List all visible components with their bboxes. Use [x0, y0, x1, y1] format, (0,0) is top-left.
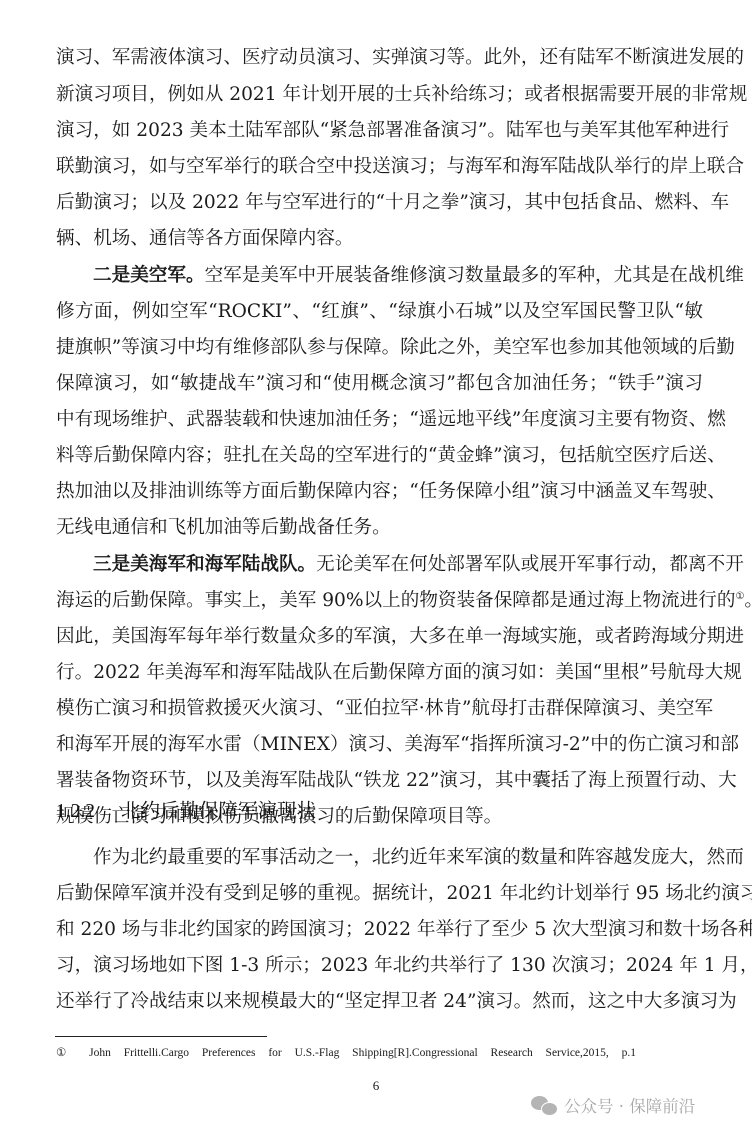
text-line: 演习，如 2023 美本土陆军部队“紧急部署准备演习”。陆军也与美军其他军种进行 [56, 118, 703, 144]
text-line: 热加油以及排油训练等方面后勤保障内容；“任务保障小组”演习中涵盖叉车驾驶、 [56, 479, 703, 505]
text-line: 还举行了冷战结束以来规模最大的“坚定捍卫者 24”演习。然而，这之中大多演习为 [56, 989, 703, 1015]
footnote-text: John Frittelli.Cargo Preferences for U.S… [89, 1047, 636, 1059]
text-line: 和 220 场与非北约国家的跨国演习；2022 年举行了至少 5 次大型演习和数… [56, 917, 703, 943]
text-line: 新演习项目，例如从 2021 年计划开展的士兵补给练习；或者根据需要开展的非常规 [56, 82, 703, 108]
text-line: 联勤演习，如与空军举行的联合空中投送演习；与海军和海军陆战队举行的岸上联合 [56, 154, 703, 180]
watermark: 公众号 · 保障前沿 [530, 1092, 695, 1118]
text-line: 无线电通信和飞机加油等后勤战备任务。 [56, 515, 703, 541]
footnote-marker: ① [56, 1047, 76, 1059]
text-line: 辆、机场、通信等各方面保障内容。 [56, 226, 703, 252]
text-run: 海运的后勤保障。事实上，美军 90%以上的物资装备保障都是通过海上物流进行的 [56, 590, 735, 611]
section-title: 北约后勤保障军演现状 [121, 799, 316, 822]
text-line: 模伤亡演习和损管救援灭火演习、“亚伯拉罕·林肯”航母打击群保障演习、美空军 [56, 696, 703, 722]
footnote-separator [55, 1036, 267, 1037]
text-line: 后勤演习；以及 2022 年与空军进行的“十月之拳”演习，其中包括食品、燃料、车 [56, 190, 703, 216]
text-line: 中有现场维护、武器装载和快速加油任务；“遥远地平线”年度演习主要有物资、燃 [56, 407, 703, 433]
document-page: 演习、军需液体演习、医疗动员演习、实弹演习等。此外，还有陆军不断演进发展的 新演… [0, 0, 752, 1135]
text-line: 和海军开展的海军水雷（MINEX）演习、美海军“指挥所演习-2”中的伤亡演习和部 [56, 732, 703, 758]
text-line: 捷旗帜”等演习中均有维修部队参与保障。除此之外，美空军也参加其他领域的后勤 [56, 335, 703, 361]
text-line: 三是美海军和海军陆战队。无论美军在何处部署军队或展开军事行动，都离不开 [93, 552, 703, 578]
text-line: 后勤保障军演并没有受到足够的重视。据统计，2021 年北约计划举行 95 场北约… [56, 881, 703, 907]
paragraph-lead-bold: 二是美空军。 [93, 265, 205, 286]
text-line: 作为北约最重要的军事活动之一，北约近年来军演的数量和阵容越发庞大，然而 [93, 845, 703, 871]
footnote: ① John Frittelli.Cargo Preferences for U… [56, 1045, 636, 1061]
text-run: 。 [744, 590, 752, 611]
text-line: 海运的后勤保障。事实上，美军 90%以上的物资装备保障都是通过海上物流进行的①。 [56, 588, 703, 614]
text-line: 习，演习场地如下图 1-3 所示；2023 年北约共举行了 130 次演习；20… [56, 953, 703, 979]
text-run: 无论美军在何处部署军队或展开军事行动，都离不开 [316, 554, 744, 575]
text-line: 因此，美国海军每年举行数量众多的军演，大多在单一海域实施，或者跨海域分期进 [56, 624, 703, 650]
text-run: 空军是美军中开展装备维修演习数量最多的军种，尤其是在战机维 [205, 265, 744, 286]
section-number: 1.2.2 [56, 801, 95, 822]
watermark-text: 公众号 · 保障前沿 [564, 1093, 695, 1117]
text-line: 演习、军需液体演习、医疗动员演习、实弹演习等。此外，还有陆军不断演进发展的 [56, 45, 703, 71]
text-line: 修方面，例如空军“ROCKI”、“红旗”、“绿旗小石城”以及空军国民警卫队“敏 [56, 299, 703, 325]
text-line: 二是美空军。空军是美军中开展装备维修演习数量最多的军种，尤其是在战机维 [93, 263, 703, 289]
section-heading: 1.2.2北约后勤保障军演现状 [56, 797, 316, 826]
text-line: 保障演习，如“敏捷战车”演习和“使用概念演习”都包含加油任务；“铁手”演习 [56, 371, 703, 397]
text-line: 署装备物资环节，以及美海军陆战队“铁龙 22”演习，其中囊括了海上预置行动、大 [56, 768, 703, 794]
text-line: 料等后勤保障内容；驻扎在关岛的空军进行的“黄金蜂”演习，包括航空医疗后送、 [56, 443, 703, 469]
paragraph-lead-bold: 三是美海军和海军陆战队。 [93, 554, 316, 575]
wechat-icon [530, 1093, 560, 1117]
text-line: 行。2022 年美海军和海军陆战队在后勤保障方面的演习如：美国“里根”号航母大规 [56, 660, 703, 686]
